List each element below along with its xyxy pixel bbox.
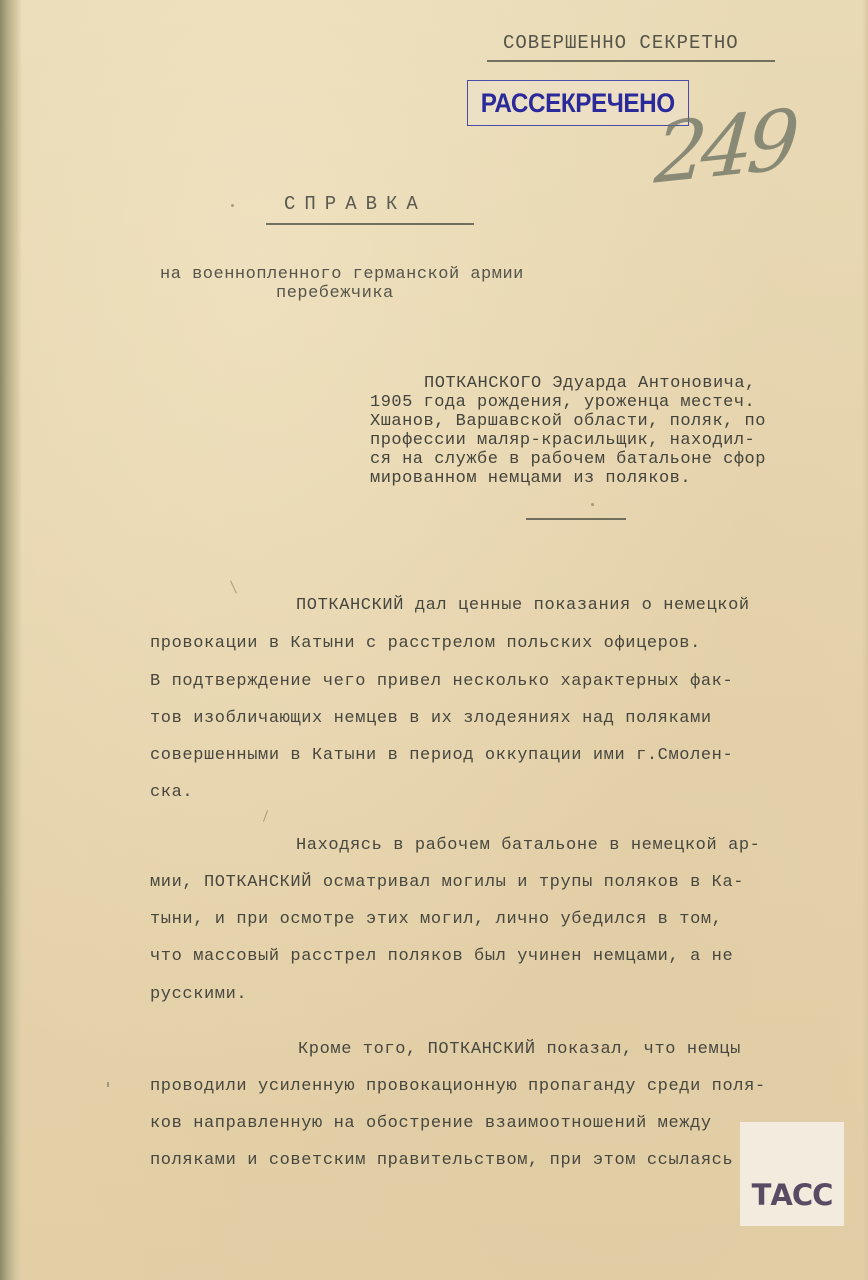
title-underline bbox=[266, 223, 474, 225]
paper-speck bbox=[107, 1082, 109, 1087]
document-title: СПРАВКА bbox=[284, 193, 427, 215]
subject-line-6: мированном немцами из поляков. bbox=[370, 470, 691, 487]
paragraph-2-line-3: тыни, и при осмотре этих могил, лично уб… bbox=[150, 910, 723, 929]
paper-speck bbox=[230, 580, 237, 593]
binding-shadow bbox=[0, 0, 22, 1280]
paragraph-2-line-2: мии, ПОТКАНСКИЙ осматривал могилы и труп… bbox=[150, 873, 744, 892]
paragraph-3-line-4: поляками и советским правительством, при… bbox=[150, 1151, 733, 1170]
paragraph-1-line-3: В подтверждение чего привел несколько ха… bbox=[150, 672, 733, 691]
paper-speck bbox=[263, 810, 268, 822]
declassified-stamp-text: РАССЕКРЕЧЕНО bbox=[481, 88, 675, 119]
subject-line-1: ПОТКАНСКОГО Эдуарда Антоновича, bbox=[424, 375, 756, 392]
classification-underline bbox=[487, 60, 775, 62]
subject-line-5: ся на службе в рабочем батальоне сфор bbox=[370, 451, 766, 468]
document-page: СОВЕРШЕННО СЕКРЕТНО РАССЕКРЕЧЕНО 249 СПР… bbox=[0, 0, 868, 1280]
paragraph-2-line-5: русскими. bbox=[150, 985, 247, 1004]
paragraph-1-line-1: ПОТКАНСКИЙ дал ценные показания о немецк… bbox=[296, 596, 750, 615]
handwritten-page-number: 249 bbox=[652, 92, 796, 203]
subject-line-4: профессии маляр-красильщик, находил- bbox=[370, 432, 755, 449]
subtitle-line-1: на военнопленного германской армии bbox=[160, 265, 524, 284]
paper-speck bbox=[591, 503, 594, 506]
paragraph-2-line-1: Находясь в рабочем батальоне в немецкой … bbox=[296, 836, 760, 855]
paragraph-1-line-5: совершенными в Катыни в период оккупации… bbox=[150, 746, 733, 765]
subtitle-line-2: перебежчика bbox=[276, 284, 394, 303]
classification-heading: СОВЕРШЕННО СЕКРЕТНО bbox=[503, 32, 739, 54]
paper-speck bbox=[231, 204, 234, 207]
tass-logo-text: ТАСС bbox=[752, 1178, 833, 1212]
paragraph-1-line-4: тов изобличающих немцев в их злодеяниях … bbox=[150, 709, 712, 728]
page-edge bbox=[862, 0, 868, 1280]
paragraph-3-line-2: проводили усиленную провокационную пропа… bbox=[150, 1077, 766, 1096]
subject-line-2: 1905 года рождения, уроженца местеч. bbox=[370, 394, 755, 411]
paragraph-3-line-3: ков направленную на обострение взаимоотн… bbox=[150, 1114, 712, 1133]
section-divider bbox=[526, 518, 626, 520]
paragraph-1-line-6: ска. bbox=[150, 783, 193, 802]
subject-line-3: Хшанов, Варшавской области, поляк, по bbox=[370, 413, 766, 430]
declassified-stamp: РАССЕКРЕЧЕНО bbox=[467, 80, 689, 126]
tass-watermark: ТАСС bbox=[740, 1122, 844, 1226]
paragraph-3-line-1: Кроме того, ПОТКАНСКИЙ показал, что немц… bbox=[298, 1040, 741, 1059]
paragraph-1-line-2: провокации в Катыни с расстрелом польски… bbox=[150, 634, 701, 653]
paragraph-2-line-4: что массовый расстрел поляков был учинен… bbox=[150, 947, 733, 966]
